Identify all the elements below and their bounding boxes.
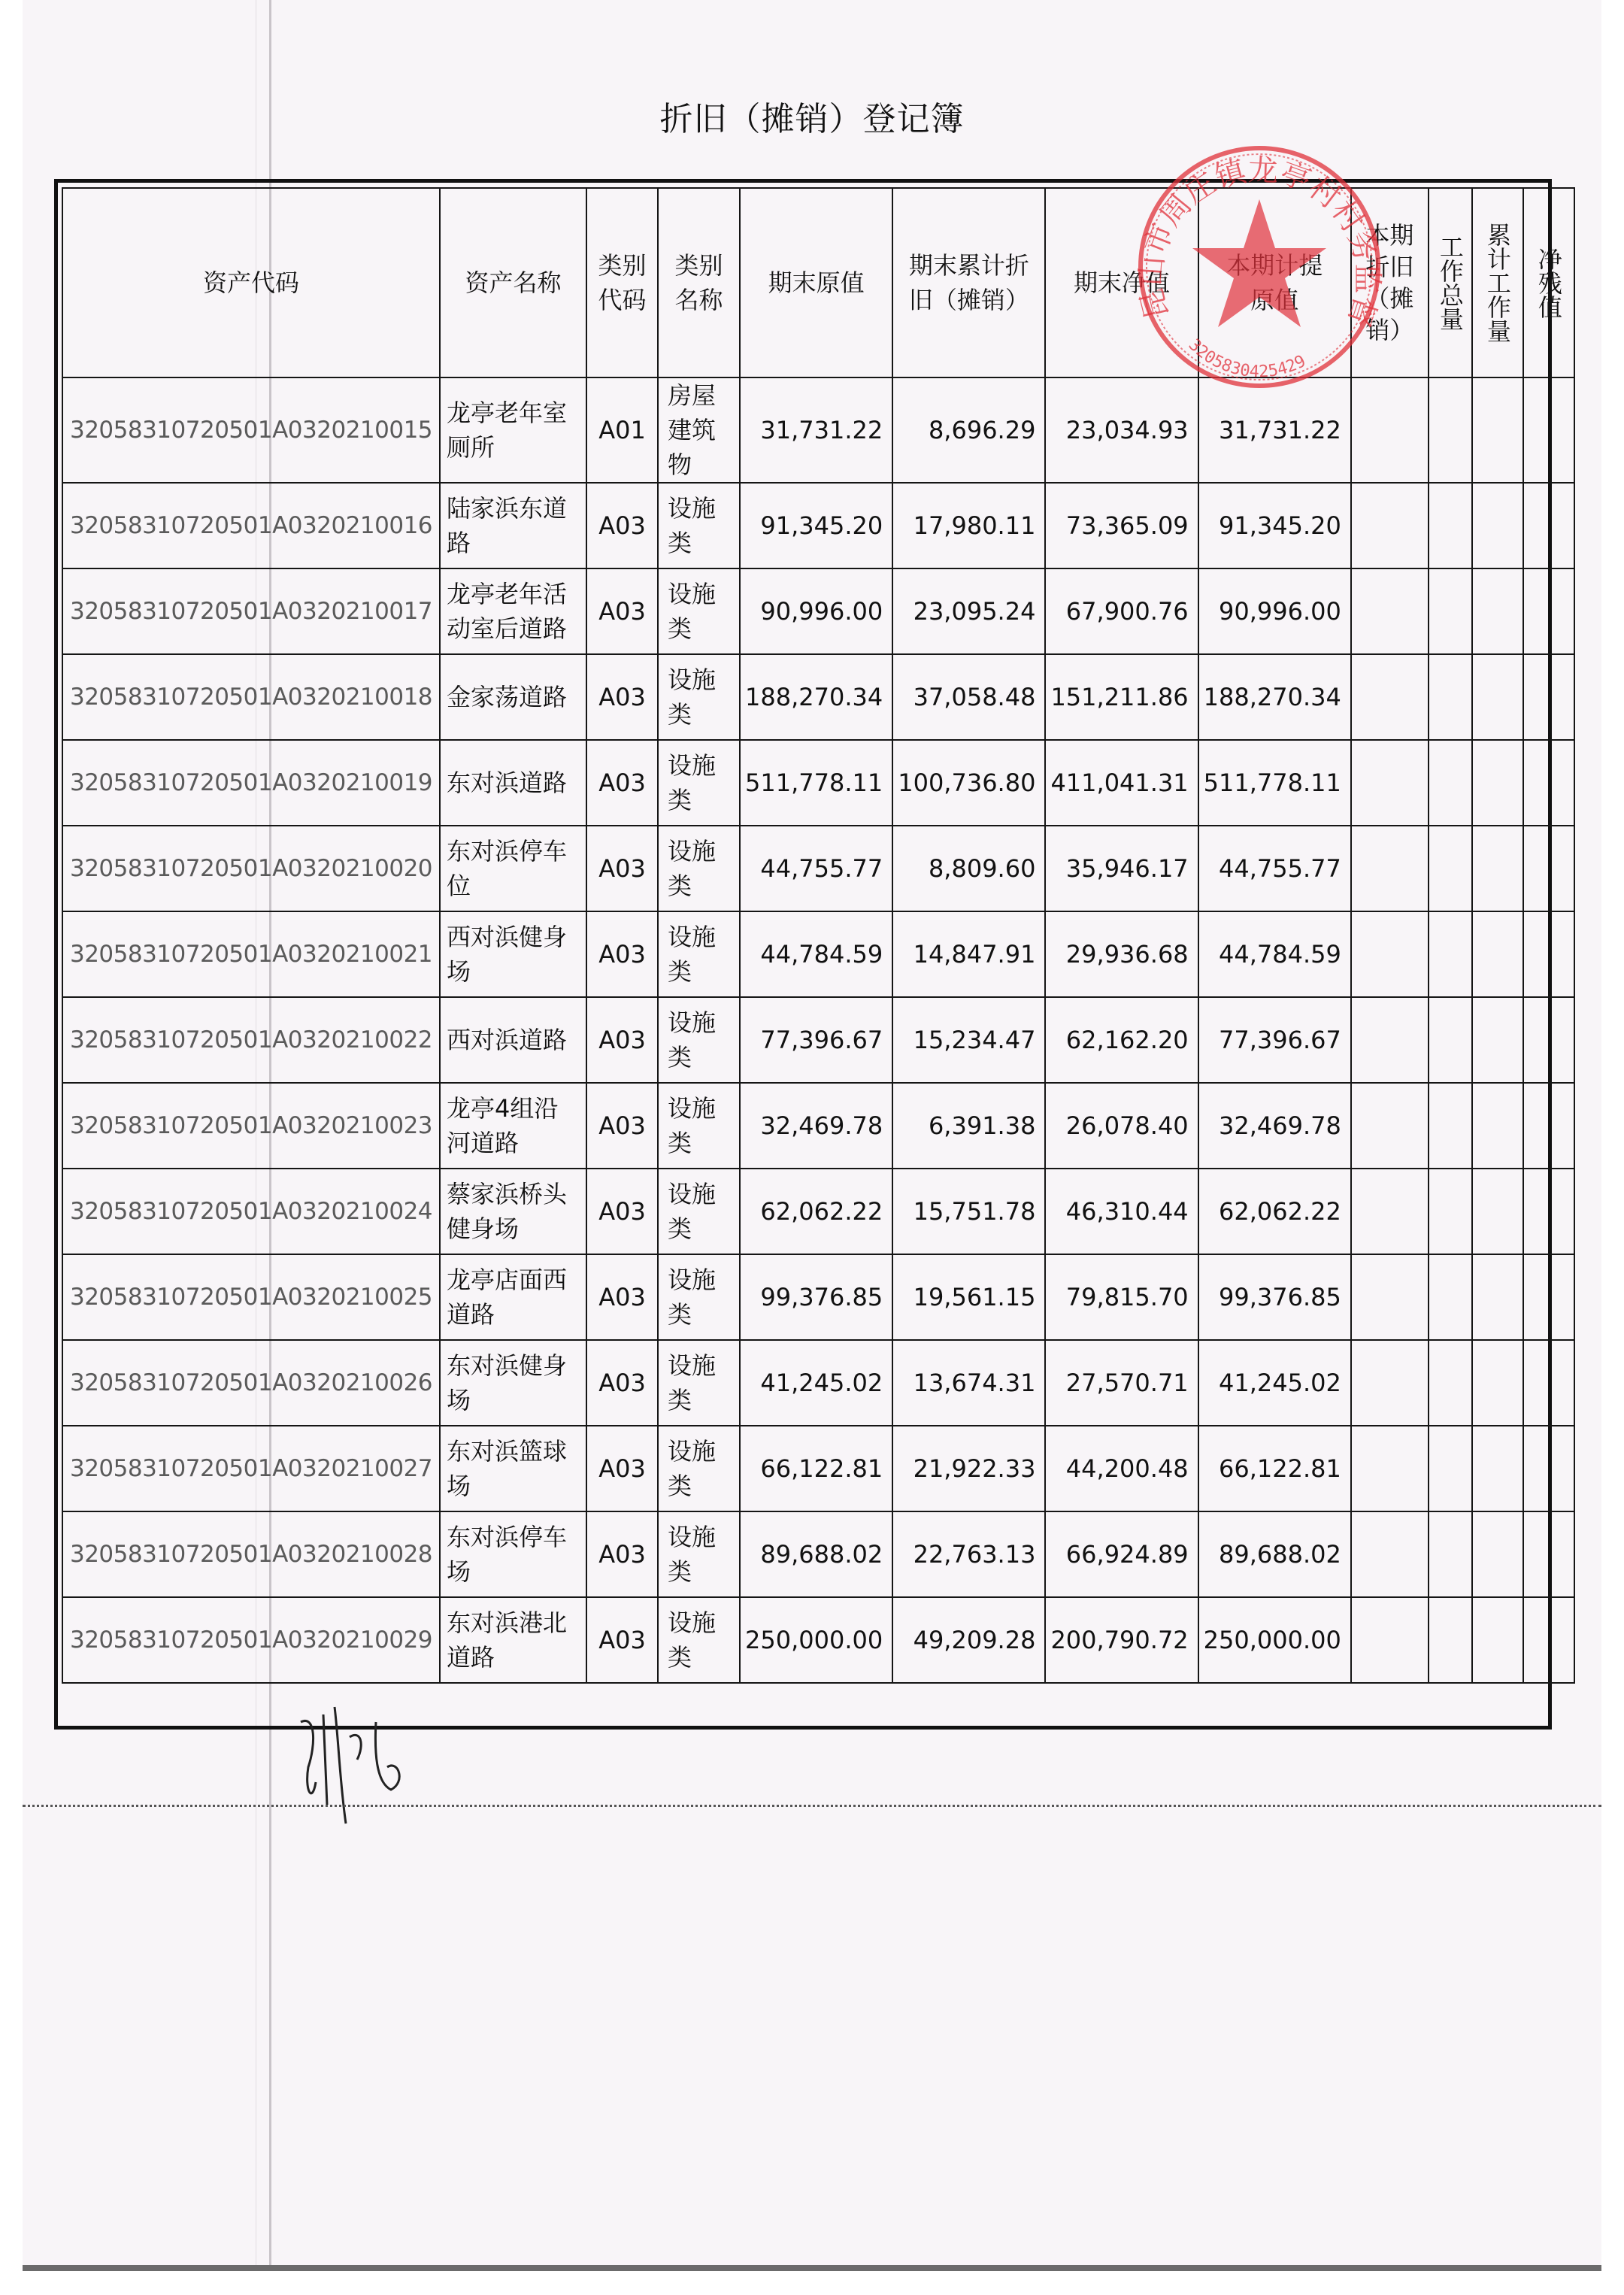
total-workload-cell <box>1429 568 1472 654</box>
accumulated-depreciation-cell: 22,763.13 <box>892 1511 1045 1597</box>
total-workload-cell <box>1429 997 1472 1083</box>
original-value-cell: 41,245.02 <box>740 1340 892 1426</box>
asset-code-cell: 32058310720501A0320210028 <box>62 1511 440 1597</box>
current-depreciation-cell <box>1351 826 1429 911</box>
depreciable-original-value-cell: 41,245.02 <box>1198 1340 1351 1426</box>
asset-code-cell: 32058310720501A0320210021 <box>62 911 440 997</box>
category-code-cell: A03 <box>586 826 658 911</box>
category-name-cell: 设施类 <box>658 997 740 1083</box>
asset-code-cell: 32058310720501A0320210020 <box>62 826 440 911</box>
category-code-cell: A03 <box>586 911 658 997</box>
category-code-cell: A03 <box>586 483 658 568</box>
table-row: 32058310720501A0320210024蔡家浜桥头健身场A03设施类6… <box>62 1169 1574 1254</box>
current-depreciation-cell <box>1351 377 1429 483</box>
total-workload-cell <box>1429 1426 1472 1511</box>
net-residual-value-cell <box>1523 911 1574 997</box>
total-workload-cell <box>1429 1597 1472 1683</box>
asset-name-cell: 东对浜健身场 <box>440 1340 586 1426</box>
depreciable-original-value-cell: 511,778.11 <box>1198 740 1351 826</box>
category-code-cell: A03 <box>586 654 658 740</box>
original-value-cell: 32,469.78 <box>740 1083 892 1169</box>
cut-line-divider <box>23 1805 1601 1807</box>
table-row: 32058310720501A0320210015龙亭老年室厕所A01房屋建筑物… <box>62 377 1574 483</box>
accumulated-workload-cell <box>1472 911 1523 997</box>
net-residual-value-cell <box>1523 826 1574 911</box>
net-residual-value-cell <box>1523 654 1574 740</box>
accumulated-workload-cell <box>1472 1426 1523 1511</box>
net-value-cell: 26,078.40 <box>1045 1083 1198 1169</box>
asset-name-cell: 龙亭店面西道路 <box>440 1254 586 1340</box>
depreciable-original-value-cell: 250,000.00 <box>1198 1597 1351 1683</box>
asset-code-cell: 32058310720501A0320210017 <box>62 568 440 654</box>
category-name-cell: 设施类 <box>658 911 740 997</box>
depreciable-original-value-cell: 44,784.59 <box>1198 911 1351 997</box>
table-row: 32058310720501A0320210025龙亭店面西道路A03设施类99… <box>62 1254 1574 1340</box>
current-depreciation-cell <box>1351 1426 1429 1511</box>
asset-code-cell: 32058310720501A0320210024 <box>62 1169 440 1254</box>
accumulated-workload-cell <box>1472 997 1523 1083</box>
document-title: 折旧（摊销）登记簿 <box>0 92 1624 140</box>
header-category-name-label: 类别名称 <box>672 248 726 317</box>
header-accumulated-workload: 累计工作量 <box>1472 188 1523 377</box>
table-row: 32058310720501A0320210026东对浜健身场A03设施类41,… <box>62 1340 1574 1426</box>
total-workload-cell <box>1429 377 1472 483</box>
original-value-cell: 44,784.59 <box>740 911 892 997</box>
accumulated-workload-cell <box>1472 483 1523 568</box>
table-row: 32058310720501A0320210021西对浜健身场A03设施类44,… <box>62 911 1574 997</box>
total-workload-cell <box>1429 1169 1472 1254</box>
net-residual-value-cell <box>1523 483 1574 568</box>
total-workload-cell <box>1429 483 1472 568</box>
header-accumulated-workload-label: 累计工作量 <box>1483 223 1513 343</box>
accumulated-depreciation-cell: 8,809.60 <box>892 826 1045 911</box>
original-value-cell: 250,000.00 <box>740 1597 892 1683</box>
table-row: 32058310720501A0320210029东对浜港北道路A03设施类25… <box>62 1597 1574 1683</box>
depreciation-register-table: 资产代码 资产名称 类别代码 类别名称 期末原值 期末累计折旧（摊销） 期末净值… <box>62 187 1575 1684</box>
asset-name-cell: 东对浜港北道路 <box>440 1597 586 1683</box>
current-depreciation-cell <box>1351 997 1429 1083</box>
table-row: 32058310720501A0320210019东对浜道路A03设施类511,… <box>62 740 1574 826</box>
header-asset-name: 资产名称 <box>440 188 586 377</box>
header-total-workload: 工作总量 <box>1429 188 1472 377</box>
accumulated-depreciation-cell: 23,095.24 <box>892 568 1045 654</box>
current-depreciation-cell <box>1351 740 1429 826</box>
asset-name-cell: 西对浜健身场 <box>440 911 586 997</box>
header-net-residual-value: 净残值 <box>1523 188 1574 377</box>
header-depreciable-original-value-label: 本期计提原值 <box>1222 248 1327 317</box>
accumulated-workload-cell <box>1472 654 1523 740</box>
net-value-cell: 23,034.93 <box>1045 377 1198 483</box>
table-header-row: 资产代码 资产名称 类别代码 类别名称 期末原值 期末累计折旧（摊销） 期末净值… <box>62 188 1574 377</box>
category-code-cell: A03 <box>586 1254 658 1340</box>
net-value-cell: 73,365.09 <box>1045 483 1198 568</box>
header-original-value: 期末原值 <box>740 188 892 377</box>
header-asset-code: 资产代码 <box>62 188 440 377</box>
accumulated-workload-cell <box>1472 1083 1523 1169</box>
total-workload-cell <box>1429 740 1472 826</box>
accumulated-workload-cell <box>1472 1511 1523 1597</box>
accumulated-workload-cell <box>1472 1169 1523 1254</box>
asset-code-cell: 32058310720501A0320210022 <box>62 997 440 1083</box>
net-residual-value-cell <box>1523 1169 1574 1254</box>
category-code-cell: A03 <box>586 1083 658 1169</box>
table-body: 32058310720501A0320210015龙亭老年室厕所A01房屋建筑物… <box>62 377 1574 1683</box>
category-name-cell: 设施类 <box>658 740 740 826</box>
accumulated-workload-cell <box>1472 1597 1523 1683</box>
header-category-code-label: 类别代码 <box>595 248 650 317</box>
net-value-cell: 62,162.20 <box>1045 997 1198 1083</box>
total-workload-cell <box>1429 1340 1472 1426</box>
table-row: 32058310720501A0320210017龙亭老年活动室后道路A03设施… <box>62 568 1574 654</box>
net-value-cell: 29,936.68 <box>1045 911 1198 997</box>
accumulated-workload-cell <box>1472 568 1523 654</box>
asset-name-cell: 东对浜停车场 <box>440 1511 586 1597</box>
header-current-depreciation: 本期折旧（摊销） <box>1351 188 1429 377</box>
category-name-cell: 设施类 <box>658 1426 740 1511</box>
accumulated-depreciation-cell: 8,696.29 <box>892 377 1045 483</box>
depreciable-original-value-cell: 77,396.67 <box>1198 997 1351 1083</box>
net-residual-value-cell <box>1523 1426 1574 1511</box>
asset-code-cell: 32058310720501A0320210018 <box>62 654 440 740</box>
asset-code-cell: 32058310720501A0320210023 <box>62 1083 440 1169</box>
asset-code-cell: 32058310720501A0320210015 <box>62 377 440 483</box>
category-code-cell: A03 <box>586 1511 658 1597</box>
header-accumulated-depreciation-label: 期末累计折旧（摊销） <box>901 248 1037 317</box>
category-name-cell: 设施类 <box>658 826 740 911</box>
original-value-cell: 66,122.81 <box>740 1426 892 1511</box>
total-workload-cell <box>1429 911 1472 997</box>
original-value-cell: 44,755.77 <box>740 826 892 911</box>
category-name-cell: 房屋建筑物 <box>658 377 740 483</box>
total-workload-cell <box>1429 1511 1472 1597</box>
net-value-cell: 200,790.72 <box>1045 1597 1198 1683</box>
asset-code-cell: 32058310720501A0320210025 <box>62 1254 440 1340</box>
total-workload-cell <box>1429 1083 1472 1169</box>
category-code-cell: A03 <box>586 997 658 1083</box>
asset-name-cell: 东对浜停车位 <box>440 826 586 911</box>
header-category-name: 类别名称 <box>658 188 740 377</box>
asset-code-cell: 32058310720501A0320210027 <box>62 1426 440 1511</box>
current-depreciation-cell <box>1351 1340 1429 1426</box>
category-name-cell: 设施类 <box>658 1340 740 1426</box>
current-depreciation-cell <box>1351 654 1429 740</box>
current-depreciation-cell <box>1351 483 1429 568</box>
category-name-cell: 设施类 <box>658 1083 740 1169</box>
depreciable-original-value-cell: 188,270.34 <box>1198 654 1351 740</box>
depreciable-original-value-cell: 32,469.78 <box>1198 1083 1351 1169</box>
table-row: 32058310720501A0320210022西对浜道路A03设施类77,3… <box>62 997 1574 1083</box>
depreciable-original-value-cell: 62,062.22 <box>1198 1169 1351 1254</box>
asset-code-cell: 32058310720501A0320210026 <box>62 1340 440 1426</box>
category-code-cell: A03 <box>586 1597 658 1683</box>
asset-name-cell: 金家荡道路 <box>440 654 586 740</box>
depreciable-original-value-cell: 66,122.81 <box>1198 1426 1351 1511</box>
header-depreciable-original-value: 本期计提原值 <box>1198 188 1351 377</box>
asset-name-cell: 西对浜道路 <box>440 997 586 1083</box>
total-workload-cell <box>1429 1254 1472 1340</box>
current-depreciation-cell <box>1351 1511 1429 1597</box>
original-value-cell: 511,778.11 <box>740 740 892 826</box>
category-code-cell: A03 <box>586 568 658 654</box>
header-accumulated-depreciation: 期末累计折旧（摊销） <box>892 188 1045 377</box>
category-name-cell: 设施类 <box>658 1597 740 1683</box>
current-depreciation-cell <box>1351 911 1429 997</box>
depreciable-original-value-cell: 89,688.02 <box>1198 1511 1351 1597</box>
header-current-depreciation-label: 本期折旧（摊销） <box>1362 220 1416 346</box>
table-row: 32058310720501A0320210020东对浜停车位A03设施类44,… <box>62 826 1574 911</box>
table-row: 32058310720501A0320210027东对浜篮球场A03设施类66,… <box>62 1426 1574 1511</box>
asset-name-cell: 龙亭老年室厕所 <box>440 377 586 483</box>
net-value-cell: 151,211.86 <box>1045 654 1198 740</box>
category-name-cell: 设施类 <box>658 568 740 654</box>
net-value-cell: 46,310.44 <box>1045 1169 1198 1254</box>
accumulated-depreciation-cell: 19,561.15 <box>892 1254 1045 1340</box>
asset-code-cell: 32058310720501A0320210016 <box>62 483 440 568</box>
table-row: 32058310720501A0320210028东对浜停车场A03设施类89,… <box>62 1511 1574 1597</box>
depreciable-original-value-cell: 31,731.22 <box>1198 377 1351 483</box>
original-value-cell: 90,996.00 <box>740 568 892 654</box>
category-name-cell: 设施类 <box>658 1254 740 1340</box>
page-bottom-edge <box>23 2265 1601 2271</box>
asset-name-cell: 东对浜篮球场 <box>440 1426 586 1511</box>
depreciable-original-value-cell: 99,376.85 <box>1198 1254 1351 1340</box>
category-name-cell: 设施类 <box>658 1511 740 1597</box>
original-value-cell: 62,062.22 <box>740 1169 892 1254</box>
original-value-cell: 89,688.02 <box>740 1511 892 1597</box>
depreciable-original-value-cell: 91,345.20 <box>1198 483 1351 568</box>
total-workload-cell <box>1429 826 1472 911</box>
net-residual-value-cell <box>1523 568 1574 654</box>
net-residual-value-cell <box>1523 1254 1574 1340</box>
original-value-cell: 31,731.22 <box>740 377 892 483</box>
depreciable-original-value-cell: 90,996.00 <box>1198 568 1351 654</box>
original-value-cell: 77,396.67 <box>740 997 892 1083</box>
header-net-value: 期末净值 <box>1045 188 1198 377</box>
net-value-cell: 79,815.70 <box>1045 1254 1198 1340</box>
category-code-cell: A03 <box>586 1169 658 1254</box>
accumulated-depreciation-cell: 21,922.33 <box>892 1426 1045 1511</box>
net-value-cell: 67,900.76 <box>1045 568 1198 654</box>
net-value-cell: 35,946.17 <box>1045 826 1198 911</box>
current-depreciation-cell <box>1351 1597 1429 1683</box>
category-code-cell: A03 <box>586 1340 658 1426</box>
net-residual-value-cell <box>1523 1083 1574 1169</box>
accumulated-depreciation-cell: 15,751.78 <box>892 1169 1045 1254</box>
accumulated-depreciation-cell: 15,234.47 <box>892 997 1045 1083</box>
table-row: 32058310720501A0320210018金家荡道路A03设施类188,… <box>62 654 1574 740</box>
net-residual-value-cell <box>1523 1511 1574 1597</box>
header-category-code: 类别代码 <box>586 188 658 377</box>
net-value-cell: 44,200.48 <box>1045 1426 1198 1511</box>
header-net-residual-value-label: 净残值 <box>1534 247 1564 319</box>
original-value-cell: 188,270.34 <box>740 654 892 740</box>
net-value-cell: 27,570.71 <box>1045 1340 1198 1426</box>
asset-code-cell: 32058310720501A0320210019 <box>62 740 440 826</box>
accumulated-depreciation-cell: 14,847.91 <box>892 911 1045 997</box>
accumulated-workload-cell <box>1472 826 1523 911</box>
accumulated-depreciation-cell: 13,674.31 <box>892 1340 1045 1426</box>
category-code-cell: A03 <box>586 740 658 826</box>
asset-name-cell: 陆家浜东道路 <box>440 483 586 568</box>
category-code-cell: A03 <box>586 1426 658 1511</box>
accumulated-workload-cell <box>1472 1340 1523 1426</box>
category-name-cell: 设施类 <box>658 483 740 568</box>
net-residual-value-cell <box>1523 997 1574 1083</box>
total-workload-cell <box>1429 654 1472 740</box>
current-depreciation-cell <box>1351 1169 1429 1254</box>
net-residual-value-cell <box>1523 377 1574 483</box>
asset-name-cell: 东对浜道路 <box>440 740 586 826</box>
table-row: 32058310720501A0320210016陆家浜东道路A03设施类91,… <box>62 483 1574 568</box>
accumulated-workload-cell <box>1472 377 1523 483</box>
accumulated-depreciation-cell: 17,980.11 <box>892 483 1045 568</box>
net-residual-value-cell <box>1523 1597 1574 1683</box>
asset-name-cell: 龙亭老年活动室后道路 <box>440 568 586 654</box>
depreciable-original-value-cell: 44,755.77 <box>1198 826 1351 911</box>
net-residual-value-cell <box>1523 1340 1574 1426</box>
original-value-cell: 99,376.85 <box>740 1254 892 1340</box>
category-name-cell: 设施类 <box>658 654 740 740</box>
accumulated-depreciation-cell: 37,058.48 <box>892 654 1045 740</box>
net-value-cell: 66,924.89 <box>1045 1511 1198 1597</box>
accumulated-workload-cell <box>1472 740 1523 826</box>
accumulated-depreciation-cell: 6,391.38 <box>892 1083 1045 1169</box>
asset-name-cell: 龙亭4组沿河道路 <box>440 1083 586 1169</box>
category-name-cell: 设施类 <box>658 1169 740 1254</box>
current-depreciation-cell <box>1351 1254 1429 1340</box>
table-row: 32058310720501A0320210023龙亭4组沿河道路A03设施类3… <box>62 1083 1574 1169</box>
asset-code-cell: 32058310720501A0320210029 <box>62 1597 440 1683</box>
net-residual-value-cell <box>1523 740 1574 826</box>
current-depreciation-cell <box>1351 1083 1429 1169</box>
asset-name-cell: 蔡家浜桥头健身场 <box>440 1169 586 1254</box>
current-depreciation-cell <box>1351 568 1429 654</box>
category-code-cell: A01 <box>586 377 658 483</box>
header-total-workload-label: 工作总量 <box>1435 235 1465 331</box>
original-value-cell: 91,345.20 <box>740 483 892 568</box>
accumulated-depreciation-cell: 100,736.80 <box>892 740 1045 826</box>
net-value-cell: 411,041.31 <box>1045 740 1198 826</box>
accumulated-workload-cell <box>1472 1254 1523 1340</box>
accumulated-depreciation-cell: 49,209.28 <box>892 1597 1045 1683</box>
